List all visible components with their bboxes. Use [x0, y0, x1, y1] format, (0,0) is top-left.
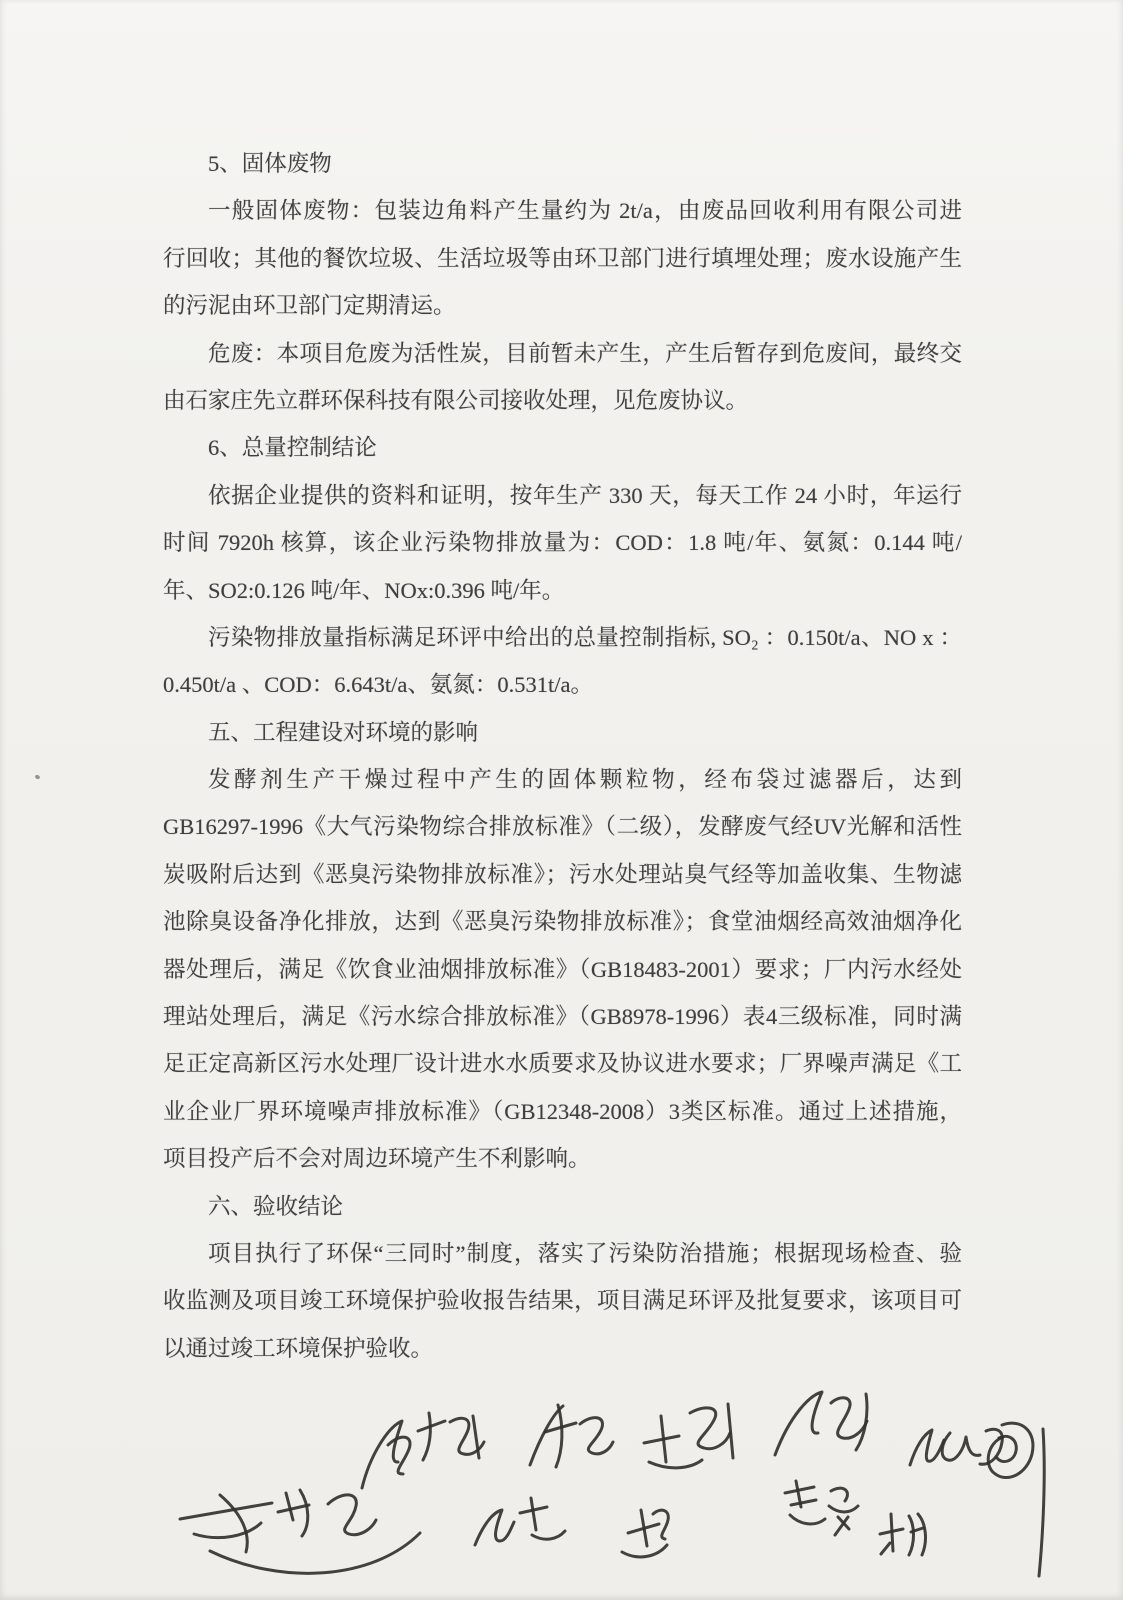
- text-line: GB16297-1996《大气污染物综合排放标准》（二级），发酵废气经UV光解和…: [163, 803, 962, 850]
- scan-speck-small: [193, 392, 196, 395]
- text-line: 年、SO2:0.126 吨/年、NOx:0.396 吨/年。: [163, 567, 962, 614]
- text-line: 由石家庄先立群环保科技有限公司接收处理，见危废协议。: [163, 377, 962, 424]
- signature-9: [785, 1481, 858, 1535]
- text-line: 器处理后，满足《饮食业油烟排放标准》（GB18483-2001）要求；厂内污水经…: [163, 946, 962, 993]
- text-line: 的污泥由环卫部门定期清运。: [163, 282, 962, 329]
- text-line: 六、验收结论: [163, 1183, 962, 1230]
- text-line: 理站处理后，满足《污水综合排放标准》（GB8978-1996）表4三级标准，同时…: [163, 993, 962, 1040]
- text-line: 发酵剂生产干燥过程中产生的固体颗粒物，经布袋过滤器后，达到: [163, 756, 962, 803]
- text-line: 炭吸附后达到《恶臭污染物排放标准》；污水处理站臭气经等加盖收集、生物滤: [163, 851, 962, 898]
- signature-6: [180, 1490, 420, 1573]
- text-line: 收监测及项目竣工环境保护验收报告结果，项目满足环评及批复要求，该项目可: [163, 1277, 962, 1324]
- signature-8: [622, 1510, 668, 1557]
- signature-4: [775, 1392, 867, 1455]
- signature-5: [910, 1423, 1044, 1576]
- signature-7: [475, 1498, 565, 1545]
- text-line: 项目执行了环保“三同时”制度，落实了污染防治措施；根据现场检查、验: [163, 1230, 962, 1277]
- signature-1: [362, 1413, 484, 1488]
- signatures-block: [150, 1383, 1060, 1588]
- text-line: 五、工程建设对环境的影响: [163, 709, 962, 756]
- signature-2: [530, 1405, 613, 1467]
- text-line: 6、总量控制结论: [163, 424, 962, 471]
- text-line: 项目投产后不会对周边环境产生不利影响。: [163, 1135, 962, 1182]
- text-line: 0.450t/a 、COD：6.643t/a、氨氮：0.531t/a。: [163, 661, 962, 708]
- text-line: 5、固体废物: [163, 140, 962, 187]
- text-line: 一般固体废物：包装边角料产生量约为 2t/a，由废品回收利用有限公司进: [163, 187, 962, 234]
- signature-3: [644, 1404, 733, 1468]
- text-line: 足正定高新区污水处理厂设计进水水质要求及协议进水要求；厂界噪声满足《工: [163, 1040, 962, 1087]
- scan-speck: [34, 774, 40, 780]
- text-line: 业企业厂界环境噪声排放标准》（GB12348-2008）3类区标准。通过上述措施…: [163, 1088, 962, 1135]
- document-page: 5、固体废物一般固体废物：包装边角料产生量约为 2t/a，由废品回收利用有限公司…: [0, 0, 1123, 1600]
- signature-10: [880, 1514, 925, 1555]
- text-line: 时间 7920h 核算，该企业污染物排放量为：COD：1.8 吨/年、氨氮：0.…: [163, 519, 962, 566]
- text-line: 依据企业提供的资料和证明，按年生产 330 天，每天工作 24 小时，年运行: [163, 472, 962, 519]
- text-line: 池除臭设备净化排放，达到《恶臭污染物排放标准》；食堂油烟经高效油烟净化: [163, 898, 962, 945]
- text-line: 以通过竣工环境保护验收。: [163, 1325, 962, 1372]
- document-body: 5、固体废物一般固体废物：包装边角料产生量约为 2t/a，由废品回收利用有限公司…: [163, 140, 962, 1372]
- text-line: 危废：本项目危废为活性炭，目前暂未产生，产生后暂存到危废间，最终交: [163, 330, 962, 377]
- text-line: 行回收；其他的餐饮垃圾、生活垃圾等由环卫部门进行填埋处理；废水设施产生: [163, 235, 962, 282]
- text-line: 污染物排放量指标满足环评中给出的总量控制指标, SO₂ ：0.150t/a、NO…: [163, 614, 962, 661]
